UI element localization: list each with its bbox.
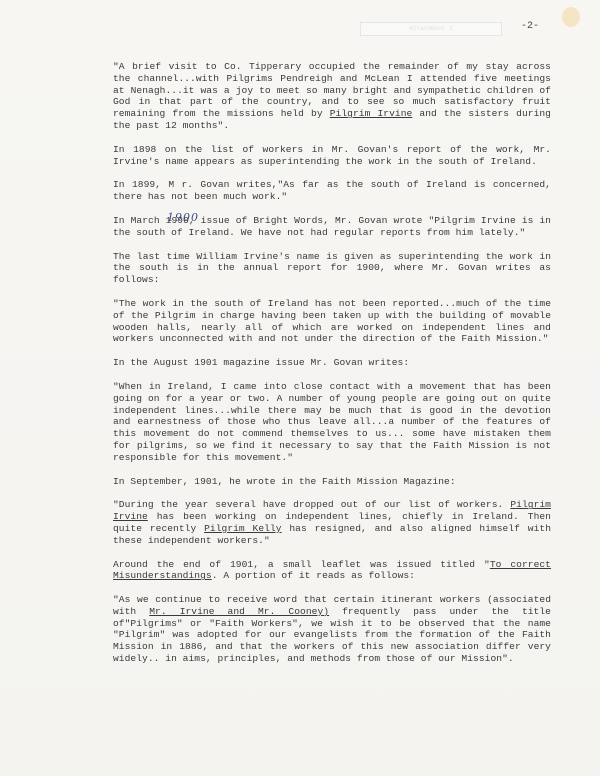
paragraph: In 1898 on the list of workers in Mr. Go…: [113, 144, 551, 168]
underlined-text: Pilgrim Kelly: [204, 523, 281, 534]
text-segment: In 1899, M r. Govan writes,"As far as th…: [113, 179, 551, 202]
text-segment: "When in Ireland, I came into close cont…: [113, 381, 551, 463]
underlined-text: Mr. Irvine and Mr. Cooney): [149, 606, 329, 617]
paragraph: Around the end of 1901, a small leaflet …: [113, 559, 551, 583]
text-segment: In the August 1901 magazine issue Mr. Go…: [113, 357, 409, 368]
text-segment: In September, 1901, he wrote in the Fait…: [113, 476, 456, 487]
paragraph: The last time William Irvine's name is g…: [113, 251, 551, 286]
paragraph: "The work in the south of Ireland has no…: [113, 298, 551, 345]
text-segment: "The work in the south of Ireland has no…: [113, 298, 551, 344]
underlined-text: Pilgrim Irvine: [330, 108, 413, 119]
paragraph: In March 1990, issue of Bright Words, Mr…: [113, 215, 551, 239]
paragraph: "A brief visit to Co. Tipperary occupied…: [113, 61, 551, 132]
document-body: "A brief visit to Co. Tipperary occupied…: [113, 61, 551, 677]
paragraph: In 1899, M r. Govan writes,"As far as th…: [113, 179, 551, 203]
paragraph: "When in Ireland, I came into close cont…: [113, 381, 551, 464]
text-segment: "During the year several have dropped ou…: [113, 499, 510, 510]
paragraph: In the August 1901 magazine issue Mr. Go…: [113, 357, 551, 369]
text-segment: Around the end of 1901, a small leaflet …: [113, 559, 490, 570]
page-number: -2-: [521, 21, 539, 32]
text-segment: In March 1990, issue of Bright Words, Mr…: [113, 215, 551, 238]
paragraph: In September, 1901, he wrote in the Fait…: [113, 476, 551, 488]
text-segment: The last time William Irvine's name is g…: [113, 251, 551, 286]
paper-stain: [562, 7, 580, 27]
paragraph: "During the year several have dropped ou…: [113, 499, 551, 546]
attachment-label: Attachment 1: [360, 22, 502, 36]
document-page: Attachment 1 -2- 1900 "A brief visit to …: [0, 0, 600, 776]
text-segment: . A portion of it reads as follows:: [212, 570, 415, 581]
text-segment: In 1898 on the list of workers in Mr. Go…: [113, 144, 551, 167]
paragraph: "As we continue to receive word that cer…: [113, 594, 551, 665]
